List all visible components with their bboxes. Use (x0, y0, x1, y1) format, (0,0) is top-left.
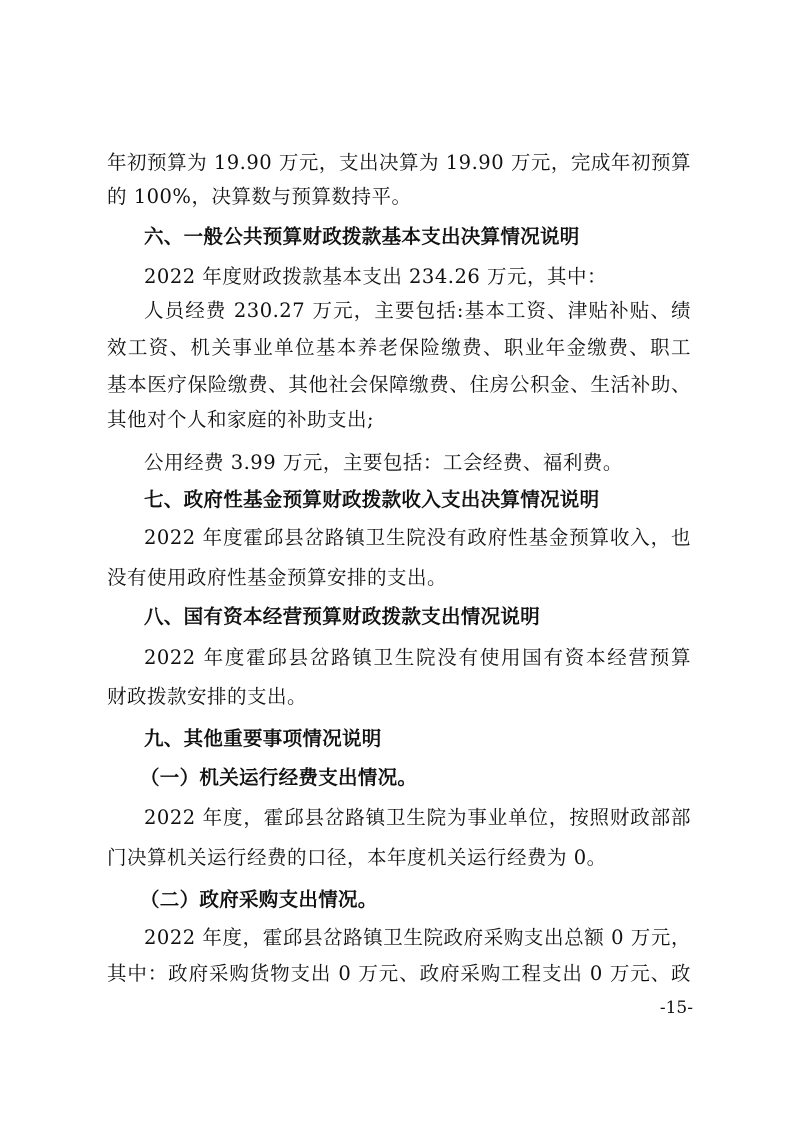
paragraph-line: 人员经费 230.27 万元，主要包括:基本工资、津贴补贴、绩 (144, 299, 691, 323)
paragraph-line: 年初预算为 19.90 万元，支出决算为 19.90 万元，完成年初预算 (107, 151, 691, 175)
paragraph-line: 2022 年度，霍邱县岔路镇卫生院政府采购支出总额 0 万元， (144, 926, 691, 950)
paragraph-line: 其他对个人和家庭的补助支出; (107, 408, 691, 432)
paragraph-line: 门决算机关运行经费的口径，本年度机关运行经费为 0。 (107, 846, 691, 870)
subsection-heading-2: （二）政府采购支出情况。 (140, 888, 724, 912)
paragraph-line: 基本医疗保险缴费、其他社会保障缴费、住房公积金、生活补助、 (107, 373, 691, 397)
paragraph-line: 其中：政府采购货物支出 0 万元、政府采购工程支出 0 万元、政 (107, 962, 691, 986)
paragraph-line: 2022 年度财政拨款基本支出 234.26 万元，其中： (144, 265, 691, 289)
section-heading-9: 九、其他重要事项情况说明 (144, 727, 691, 751)
section-heading-8: 八、国有资本经营预算财政拨款支出情况说明 (144, 605, 691, 629)
section-heading-7: 七、政府性基金预算财政拨款收入支出决算情况说明 (144, 488, 691, 512)
section-heading-6: 六、一般公共预算财政拨款基本支出决算情况说明 (144, 225, 691, 249)
paragraph-line: 2022 年度霍邱县岔路镇卫生院没有使用国有资本经营预算 (144, 646, 691, 670)
paragraph-line: 2022 年度霍邱县岔路镇卫生院没有政府性基金预算收入，也 (144, 526, 691, 550)
subsection-heading-1: （一）机关运行经费支出情况。 (140, 766, 724, 790)
page-number: -15- (660, 998, 693, 1018)
paragraph-line: 的 100%，决算数与预算数持平。 (107, 185, 691, 209)
paragraph-line: 财政拨款安排的支出。 (107, 685, 691, 709)
paragraph-line: 没有使用政府性基金预算安排的支出。 (107, 566, 691, 590)
paragraph-line: 效工资、机关事业单位基本养老保险缴费、职业年金缴费、职工 (107, 336, 691, 360)
paragraph-line: 公用经费 3.99 万元，主要包括：工会经费、福利费。 (144, 451, 691, 475)
paragraph-line: 2022 年度，霍邱县岔路镇卫生院为事业单位，按照财政部部 (144, 806, 691, 830)
